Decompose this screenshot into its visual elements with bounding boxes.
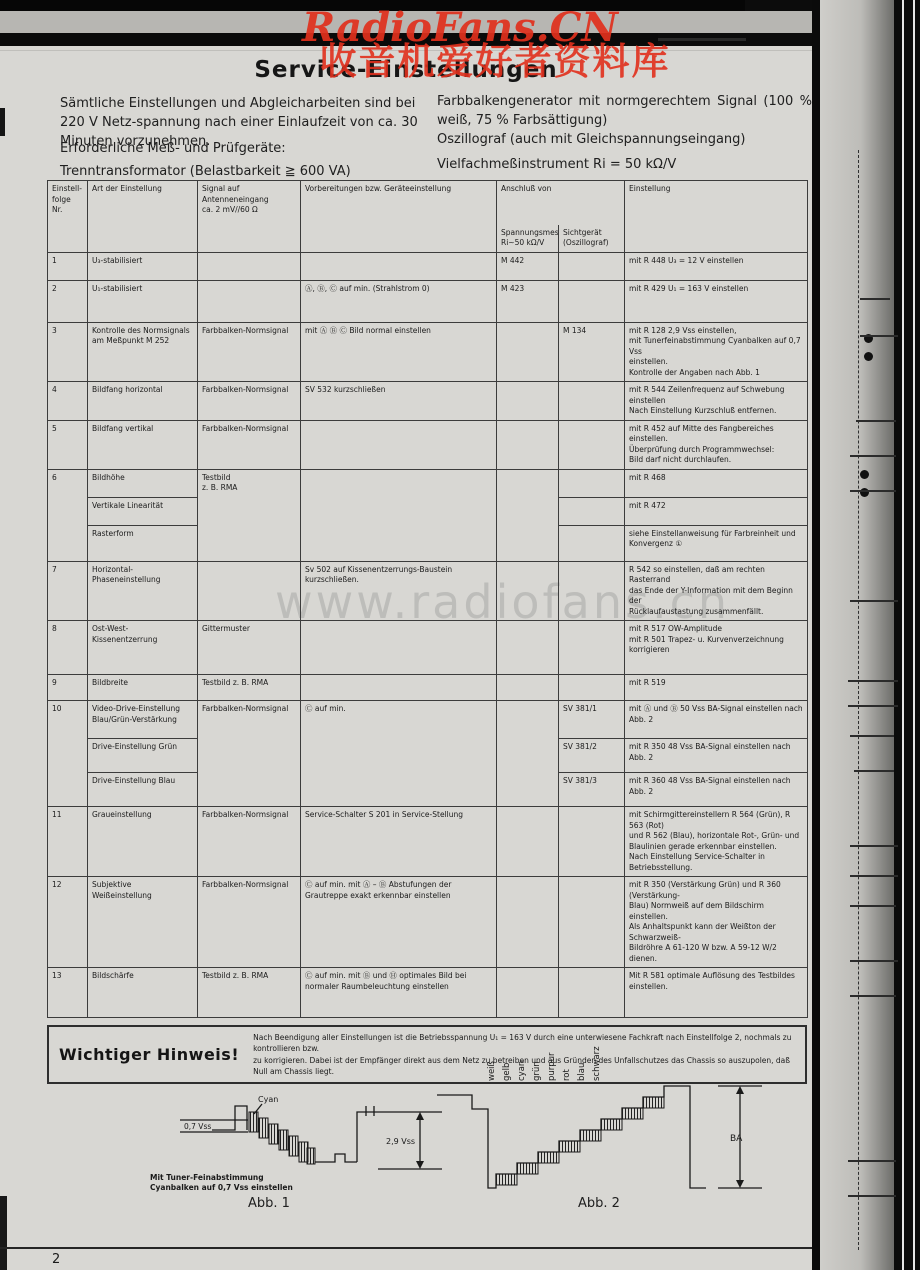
schematic-bleed-fragment (850, 845, 898, 847)
fig2-label-schwarz: schwarz (592, 1046, 602, 1081)
sichtgeraet-cell: SV 381/1 (559, 701, 625, 739)
vorbereitung-cell (301, 469, 497, 561)
table-row: 1U₃-stabilisiertM 442mit R 448 U₃ = 12 V… (48, 252, 808, 280)
fig2-label-purpur: purpur (547, 1052, 557, 1081)
einstellung-cell: mit Schirmgittereinstellern R 564 (Grün)… (625, 807, 808, 877)
sichtgeraet-cell (559, 525, 625, 561)
vorbereitung-cell (301, 675, 497, 701)
sichtgeraet-cell (559, 252, 625, 280)
vorbereitung-cell: Service-Schalter S 201 in Service-Stellu… (301, 807, 497, 877)
vorbereitung-cell: mit Ⓐ Ⓑ Ⓒ Bild normal einstellen (301, 322, 497, 382)
signal-cell (198, 252, 301, 280)
art-cell: Drive-Einstellung Grün (88, 739, 198, 773)
einstellung-cell: R 542 so einstellen, daß am rechten Rast… (625, 561, 808, 621)
row-number: 4 (48, 382, 88, 421)
signal-cell: Farbbalken-Normsignal (198, 322, 301, 382)
signal-cell: Farbbalken-Normsignal (198, 807, 301, 877)
sichtgeraet-cell (559, 497, 625, 525)
einstellung-cell: mit R 350 48 Vss BA-Signal einstellen na… (625, 739, 808, 773)
schematic-bleed-fragment (850, 875, 898, 877)
fig1-caption: Abb. 1 (248, 1196, 290, 1211)
sichtgeraet-cell (559, 807, 625, 877)
schematic-border-dashline (858, 150, 859, 1250)
vorbereitung-cell: Ⓒ auf min. (301, 701, 497, 807)
einstellung-cell: mit R 519 (625, 675, 808, 701)
signal-cell: Testbild z. B. RMA (198, 675, 301, 701)
figure-abb1-waveform: Cyan 0,7 Vss 2,9 Vss Mit Tuner-Feinabsti… (150, 1090, 450, 1195)
art-cell: Bildfang vertikal (88, 420, 198, 469)
einstellung-cell: mit R 360 48 Vss BA-Signal einstellen na… (625, 773, 808, 807)
fig2-ba-label: BA (730, 1134, 743, 1144)
einstellung-cell: mit R 128 2,9 Vss einstellen, mit Tunerf… (625, 322, 808, 382)
fig1-07vss-label: 0,7 Vss (184, 1122, 211, 1131)
spannungsmesser-cell: M 442 (497, 252, 559, 280)
row-number: 12 (48, 877, 88, 968)
schematic-bleed-fragment (850, 600, 898, 602)
scan-mark-left-upper (0, 108, 5, 136)
schematic-bleed-fragment (850, 735, 894, 737)
einstellung-cell: siehe Einstellanweisung für Farbreinheit… (625, 525, 808, 561)
notice-title: Wichtiger Hinweis! (59, 1045, 239, 1064)
figure-abb2-waveform: weiß gelb cyan grün purpur rot blau schw… (432, 1045, 762, 1195)
table-row: 10Video-Drive-Einstellung Blau/Grün-Vers… (48, 701, 808, 739)
art-cell: Rasterform (88, 525, 198, 561)
art-cell: Vertikale Linearität (88, 497, 198, 525)
adjacent-page-bleed (820, 0, 894, 1270)
schematic-dot (860, 470, 869, 479)
schematic-bleed-fragment (848, 1195, 896, 1197)
signal-cell: Farbbalken-Normsignal (198, 877, 301, 968)
spannungsmesser-cell (497, 382, 559, 421)
schematic-bleed-fragment (848, 1160, 896, 1162)
einstellung-cell: mit R 350 (Verstärkung Grün) und R 360 (… (625, 877, 808, 968)
vorbereitung-cell (301, 621, 497, 675)
page-number: 2 (52, 1252, 60, 1267)
row-number: 8 (48, 621, 88, 675)
fig1-note-line2: Cyanbalken auf 0,7 Vss einstellen (150, 1183, 293, 1192)
scanned-manual-page: { "watermark": { "line1": "RadioFans.CN"… (0, 0, 920, 1270)
table-row: 12Subjektive WeißeinstellungFarbbalken-N… (48, 877, 808, 968)
scan-strip-right (812, 0, 920, 1270)
vorbereitung-cell: Ⓐ, Ⓑ, Ⓒ auf min. (Strahlstrom 0) (301, 280, 497, 322)
spannungsmesser-cell (497, 675, 559, 701)
schematic-bleed-fragment (850, 995, 896, 997)
schematic-bleed-fragment (848, 680, 898, 682)
vorbereitung-cell: Sv 502 auf Kissenentzerrungs-Baustein ku… (301, 561, 497, 621)
header-einstellung: Einstellung (625, 181, 808, 253)
table-row: 3Kontrolle des Normsignals am Meßpunkt M… (48, 322, 808, 382)
table-header-row: Einstell- folge Nr. Art der Einstellung … (48, 181, 808, 225)
fig1-note-line1: Mit Tuner-Feinabstimmung (150, 1173, 264, 1182)
scan-white-line (902, 0, 904, 1270)
signal-cell: Testbild z. B. RMA (198, 469, 301, 561)
einstellung-cell: mit R 517 OW-Amplitude mit R 501 Trapez-… (625, 621, 808, 675)
table-row: 2U₁-stabilisiertⒶ, Ⓑ, Ⓒ auf min. (Strahl… (48, 280, 808, 322)
fig2-label-cyan: cyan (517, 1061, 527, 1081)
spannungsmesser-cell (497, 701, 559, 807)
header-spannungsmesser: Spannungsmesser Ri~50 kΩ/V (497, 225, 559, 253)
fig2-label-weiss: weiß (487, 1061, 497, 1081)
spannungsmesser-cell (497, 877, 559, 968)
table-row: 4Bildfang horizontalFarbbalken-Normsigna… (48, 382, 808, 421)
einstellung-cell: mit R 468 (625, 469, 808, 497)
art-cell: Bildhöhe (88, 469, 198, 497)
sichtgeraet-cell (559, 877, 625, 968)
signal-cell: Testbild z. B. RMA (198, 968, 301, 1018)
signal-cell (198, 561, 301, 621)
schematic-dot (864, 352, 873, 361)
art-cell: Ost-West- Kissenentzerrung (88, 621, 198, 675)
schematic-bleed-fragment (848, 705, 898, 707)
sichtgeraet-cell (559, 280, 625, 322)
schematic-bleed-fragment (850, 905, 896, 907)
sichtgeraet-cell: SV 381/2 (559, 739, 625, 773)
signal-cell: Gittermuster (198, 621, 301, 675)
header-einstellfolge: Einstell- folge Nr. (48, 181, 88, 253)
einstellung-cell: mit R 472 (625, 497, 808, 525)
row-number: 9 (48, 675, 88, 701)
sichtgeraet-cell: SV 381/3 (559, 773, 625, 807)
row-number: 6 (48, 469, 88, 561)
einstellung-cell: mit R 448 U₃ = 12 V einstellen (625, 252, 808, 280)
intro-oscilloscope: Oszillograf (auch mit Gleichspannungsein… (437, 131, 812, 150)
table-row: 5Bildfang vertikalFarbbalken-Normsignalm… (48, 420, 808, 469)
header-signal: Signal auf Antenneneingang ca. 2 mV//60 … (198, 181, 301, 253)
row-number: 10 (48, 701, 88, 807)
art-cell: U₁-stabilisiert (88, 280, 198, 322)
schematic-bleed-fragment (850, 960, 898, 962)
sichtgeraet-cell (559, 561, 625, 621)
header-art: Art der Einstellung (88, 181, 198, 253)
table-row: 11GraueinstellungFarbbalken-NormsignalSe… (48, 807, 808, 877)
art-cell: Drive-Einstellung Blau (88, 773, 198, 807)
spannungsmesser-cell (497, 420, 559, 469)
intro-multimeter: Vielfachmeßinstrument Ri = 50 kΩ/V (437, 156, 812, 175)
sichtgeraet-cell (559, 675, 625, 701)
fig2-caption: Abb. 2 (578, 1196, 620, 1211)
sichtgeraet-cell (559, 382, 625, 421)
intro-required-equipment: Erforderliche Meß- und Prüfgeräte: (60, 140, 428, 159)
fig2-label-rot: rot (562, 1068, 572, 1081)
art-cell: Bildfang horizontal (88, 382, 198, 421)
einstellung-cell: mit R 429 U₁ = 163 V einstellen (625, 280, 808, 322)
scan-mark-left-lower (0, 1196, 7, 1270)
spannungsmesser-cell: M 423 (497, 280, 559, 322)
art-cell: Video-Drive-Einstellung Blau/Grün-Verstä… (88, 701, 198, 739)
einstellung-cell: Mit R 581 optimale Auflösung des Testbil… (625, 968, 808, 1018)
watermark-chinese: 收音机爱好者资料库 (70, 42, 920, 83)
spannungsmesser-cell (497, 968, 559, 1018)
intro-colorbar-generator: Farbbalkengenerator mit normgerechtem Si… (437, 93, 812, 131)
spannungsmesser-cell (497, 561, 559, 621)
einstellung-cell: mit R 452 auf Mitte des Fangbereiches ei… (625, 420, 808, 469)
sichtgeraet-cell (559, 621, 625, 675)
sichtgeraet-cell (559, 420, 625, 469)
signal-cell: Farbbalken-Normsignal (198, 701, 301, 807)
schematic-bleed-fragment (860, 335, 898, 337)
header-anschluss: Anschluß von (497, 181, 625, 225)
sichtgeraet-cell: M 134 (559, 322, 625, 382)
table-row: 6BildhöheTestbild z. B. RMAmit R 468 (48, 469, 808, 497)
footer-rule (0, 1247, 812, 1249)
row-number: 1 (48, 252, 88, 280)
row-number: 11 (48, 807, 88, 877)
vorbereitung-cell (301, 420, 497, 469)
scan-white-line (913, 0, 915, 1270)
signal-cell: Farbbalken-Normsignal (198, 420, 301, 469)
spannungsmesser-cell (497, 469, 559, 561)
spannungsmesser-cell (497, 807, 559, 877)
adjustment-table-wrap: Einstell- folge Nr. Art der Einstellung … (47, 180, 807, 1084)
fig2-label-gelb: gelb (502, 1063, 512, 1081)
table-row: 7Horizontal- PhaseneinstellungSv 502 auf… (48, 561, 808, 621)
row-number: 7 (48, 561, 88, 621)
fig1-29vss-label: 2,9 Vss (386, 1137, 415, 1146)
fig2-label-gruen: grün (532, 1061, 542, 1081)
row-number: 5 (48, 420, 88, 469)
sichtgeraet-cell (559, 469, 625, 497)
header-vorbereitungen: Vorbereitungen bzw. Geräteeinstellung (301, 181, 497, 253)
art-cell: Graueinstellung (88, 807, 198, 877)
spannungsmesser-cell (497, 621, 559, 675)
art-cell: Subjektive Weißeinstellung (88, 877, 198, 968)
einstellung-cell: mit R 544 Zeilenfrequenz auf Schwebung e… (625, 382, 808, 421)
table-row: 9BildbreiteTestbild z. B. RMAmit R 519 (48, 675, 808, 701)
vorbereitung-cell: SV 532 kurzschließen (301, 382, 497, 421)
table-row: 8Ost-West- KissenentzerrungGittermusterm… (48, 621, 808, 675)
vorbereitung-cell: Ⓒ auf min. mit Ⓐ – Ⓑ Abstufungen der Gra… (301, 877, 497, 968)
spannungsmesser-cell (497, 322, 559, 382)
schematic-bleed-fragment (860, 298, 890, 300)
schematic-bleed-fragment (850, 490, 896, 492)
row-number: 3 (48, 322, 88, 382)
art-cell: Kontrolle des Normsignals am Meßpunkt M … (88, 322, 198, 382)
einstellung-cell: mit Ⓐ und Ⓑ 50 Vss BA-Signal einstellen … (625, 701, 808, 739)
art-cell: U₃-stabilisiert (88, 252, 198, 280)
adjust-table: Einstell- folge Nr. Art der Einstellung … (47, 180, 808, 1018)
table-body: 1U₃-stabilisiertM 442mit R 448 U₃ = 12 V… (48, 252, 808, 1018)
header-sichtgeraet: Sichtgerät (Oszillograf) (559, 225, 625, 253)
sichtgeraet-cell (559, 968, 625, 1018)
schematic-bleed-fragment (850, 455, 896, 457)
vorbereitung-cell: Ⓒ auf min. mit Ⓑ und Ⓗ optimales Bild be… (301, 968, 497, 1018)
fig2-label-blau: blau (577, 1063, 587, 1081)
signal-cell: Farbbalken-Normsignal (198, 382, 301, 421)
schematic-bleed-fragment (854, 770, 894, 772)
row-number: 13 (48, 968, 88, 1018)
art-cell: Bildbreite (88, 675, 198, 701)
signal-cell (198, 280, 301, 322)
schematic-bleed-fragment (856, 420, 896, 422)
table-row: 13BildschärfeTestbild z. B. RMAⒸ auf min… (48, 968, 808, 1018)
art-cell: Bildschärfe (88, 968, 198, 1018)
fig1-cyan-label: Cyan (258, 1095, 278, 1104)
art-cell: Horizontal- Phaseneinstellung (88, 561, 198, 621)
vorbereitung-cell (301, 252, 497, 280)
row-number: 2 (48, 280, 88, 322)
